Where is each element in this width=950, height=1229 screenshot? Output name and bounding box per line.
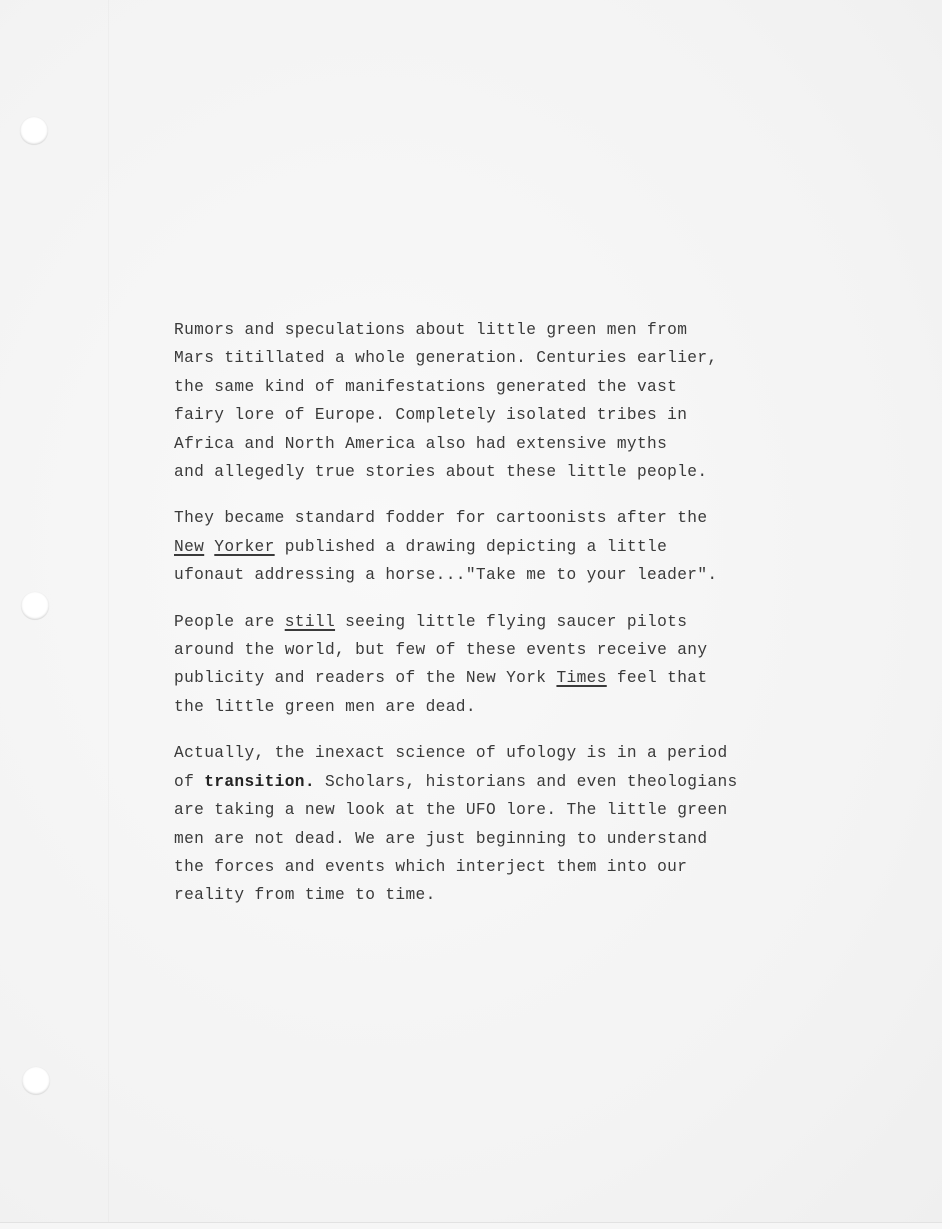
text-line: Actually, the inexact science of ufology… xyxy=(174,739,834,767)
text-segment: Actually, the inexact science of ufology… xyxy=(174,744,728,762)
text-segment: publicity and readers of the New York xyxy=(174,669,556,687)
text-line: ufonaut addressing a horse..."Take me to… xyxy=(174,561,834,589)
text-segment: ufonaut addressing a horse..."Take me to… xyxy=(174,566,717,584)
text-segment: fairy lore of Europe. Completely isolate… xyxy=(174,406,687,424)
text-line: Rumors and speculations about little gre… xyxy=(174,316,834,344)
paper-crease xyxy=(108,0,109,1222)
text-line: of transition. Scholars, historians and … xyxy=(174,768,834,796)
text-segment: of xyxy=(174,773,204,791)
underlined-text: New xyxy=(174,538,204,556)
text-line: publicity and readers of the New York Ti… xyxy=(174,664,834,692)
punch-hole-top xyxy=(20,117,48,145)
text-segment: feel that xyxy=(607,669,708,687)
text-segment: Scholars, historians and even theologian… xyxy=(315,773,738,791)
text-line: Africa and North America also had extens… xyxy=(174,430,834,458)
text-segment: and allegedly true stories about these l… xyxy=(174,463,707,481)
text-segment: the forces and events which interject th… xyxy=(174,858,687,876)
text-line: They became standard fodder for cartooni… xyxy=(174,504,834,532)
text-segment: Mars titillated a whole generation. Cent… xyxy=(174,349,717,367)
overstruck-text: transition. xyxy=(204,773,315,791)
text-segment: People are xyxy=(174,613,285,631)
text-line: and allegedly true stories about these l… xyxy=(174,458,834,486)
paragraph-1: Rumors and speculations about little gre… xyxy=(174,316,834,486)
text-segment: the little green men are dead. xyxy=(174,698,476,716)
text-line: are taking a new look at the UFO lore. T… xyxy=(174,796,834,824)
text-line: fairy lore of Europe. Completely isolate… xyxy=(174,401,834,429)
text-line: the forces and events which interject th… xyxy=(174,853,834,881)
underlined-text: Yorker xyxy=(214,538,274,556)
text-segment: Africa and North America also had extens… xyxy=(174,435,667,453)
paragraph-2: They became standard fodder for cartooni… xyxy=(174,504,834,589)
punch-hole-bottom xyxy=(22,1067,50,1095)
paper-page: Rumors and speculations about little gre… xyxy=(0,0,943,1223)
text-line: People are still seeing little flying sa… xyxy=(174,608,834,636)
text-line: the same kind of manifestations generate… xyxy=(174,373,834,401)
underlined-text: still xyxy=(285,613,335,631)
text-segment: men are not dead. We are just beginning … xyxy=(174,830,707,848)
text-segment xyxy=(204,538,214,556)
scan-edge xyxy=(942,0,950,1229)
punch-hole-middle xyxy=(21,592,49,620)
paragraph-4: Actually, the inexact science of ufology… xyxy=(174,739,834,909)
text-line: New Yorker published a drawing depicting… xyxy=(174,533,834,561)
text-segment: They became standard fodder for cartooni… xyxy=(174,509,707,527)
text-segment: are taking a new look at the UFO lore. T… xyxy=(174,801,728,819)
text-line: around the world, but few of these event… xyxy=(174,636,834,664)
text-line: Mars titillated a whole generation. Cent… xyxy=(174,344,834,372)
text-segment: Rumors and speculations about little gre… xyxy=(174,321,687,339)
text-segment: the same kind of manifestations generate… xyxy=(174,378,677,396)
text-segment: reality from time to time. xyxy=(174,886,436,904)
text-line: men are not dead. We are just beginning … xyxy=(174,825,834,853)
text-segment: seeing little flying saucer pilots xyxy=(335,613,687,631)
text-line: the little green men are dead. xyxy=(174,693,834,721)
paragraph-3: People are still seeing little flying sa… xyxy=(174,608,834,722)
typewritten-body: Rumors and speculations about little gre… xyxy=(174,316,834,928)
text-segment: published a drawing depicting a little xyxy=(275,538,668,556)
underlined-text: Times xyxy=(556,669,606,687)
text-segment: around the world, but few of these event… xyxy=(174,641,707,659)
text-line: reality from time to time. xyxy=(174,881,834,909)
